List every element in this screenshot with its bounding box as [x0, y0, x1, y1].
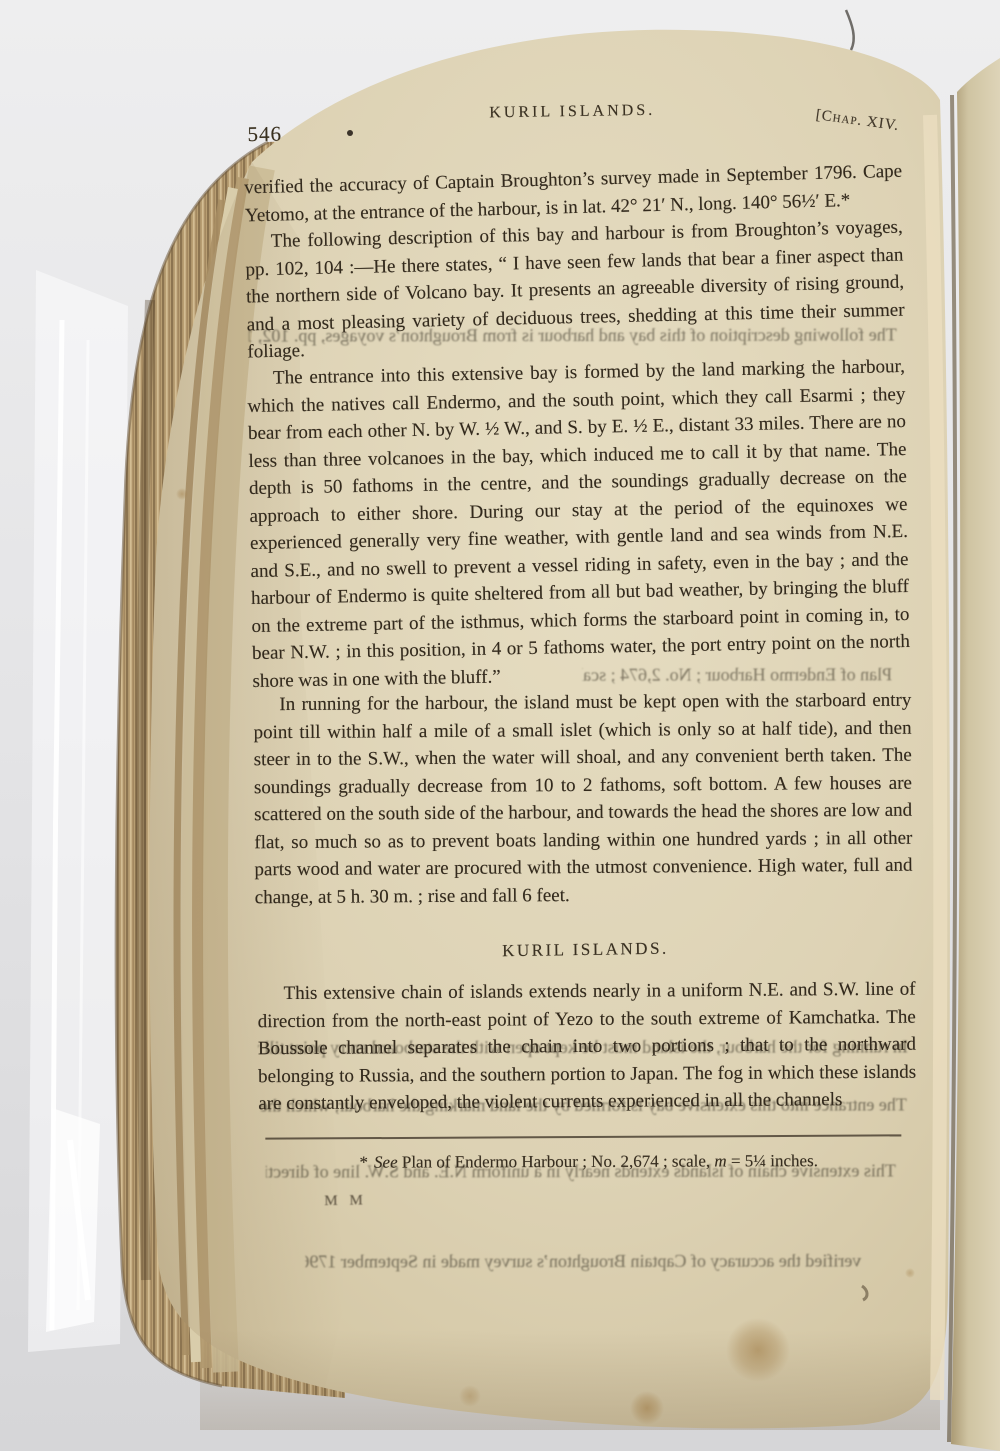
paragraph: In running for the harbour, the island m…: [253, 686, 913, 911]
paragraph: This extensive chain of islands extends …: [257, 976, 916, 1118]
book-photo: The following description of this bay an…: [0, 0, 1000, 1451]
section-heading: KURIL ISLANDS.: [256, 930, 914, 968]
footnote-text: Plan of Endermo Harbour ; No. 2,674 ; sc…: [398, 1151, 715, 1171]
footnote-see: See: [374, 1152, 398, 1171]
plastic-sleeve: [28, 270, 128, 1352]
paragraph: The entrance into this extensive bay is …: [247, 353, 911, 695]
footnote-rule: [265, 1134, 901, 1139]
paragraph: The following description of this bay an…: [245, 214, 906, 366]
footnote: *See Plan of Endermo Harbour ; No. 2,674…: [260, 1148, 918, 1174]
footnote-marker: *: [359, 1152, 374, 1171]
page-header: 546 KURIL ISLANDS. [Chap. XIV.: [243, 91, 902, 171]
book-page: The following description of this bay an…: [243, 91, 918, 1216]
footnote-tail: = 5¼ inches.: [727, 1151, 818, 1170]
footnote-scale-var: m: [714, 1151, 726, 1170]
